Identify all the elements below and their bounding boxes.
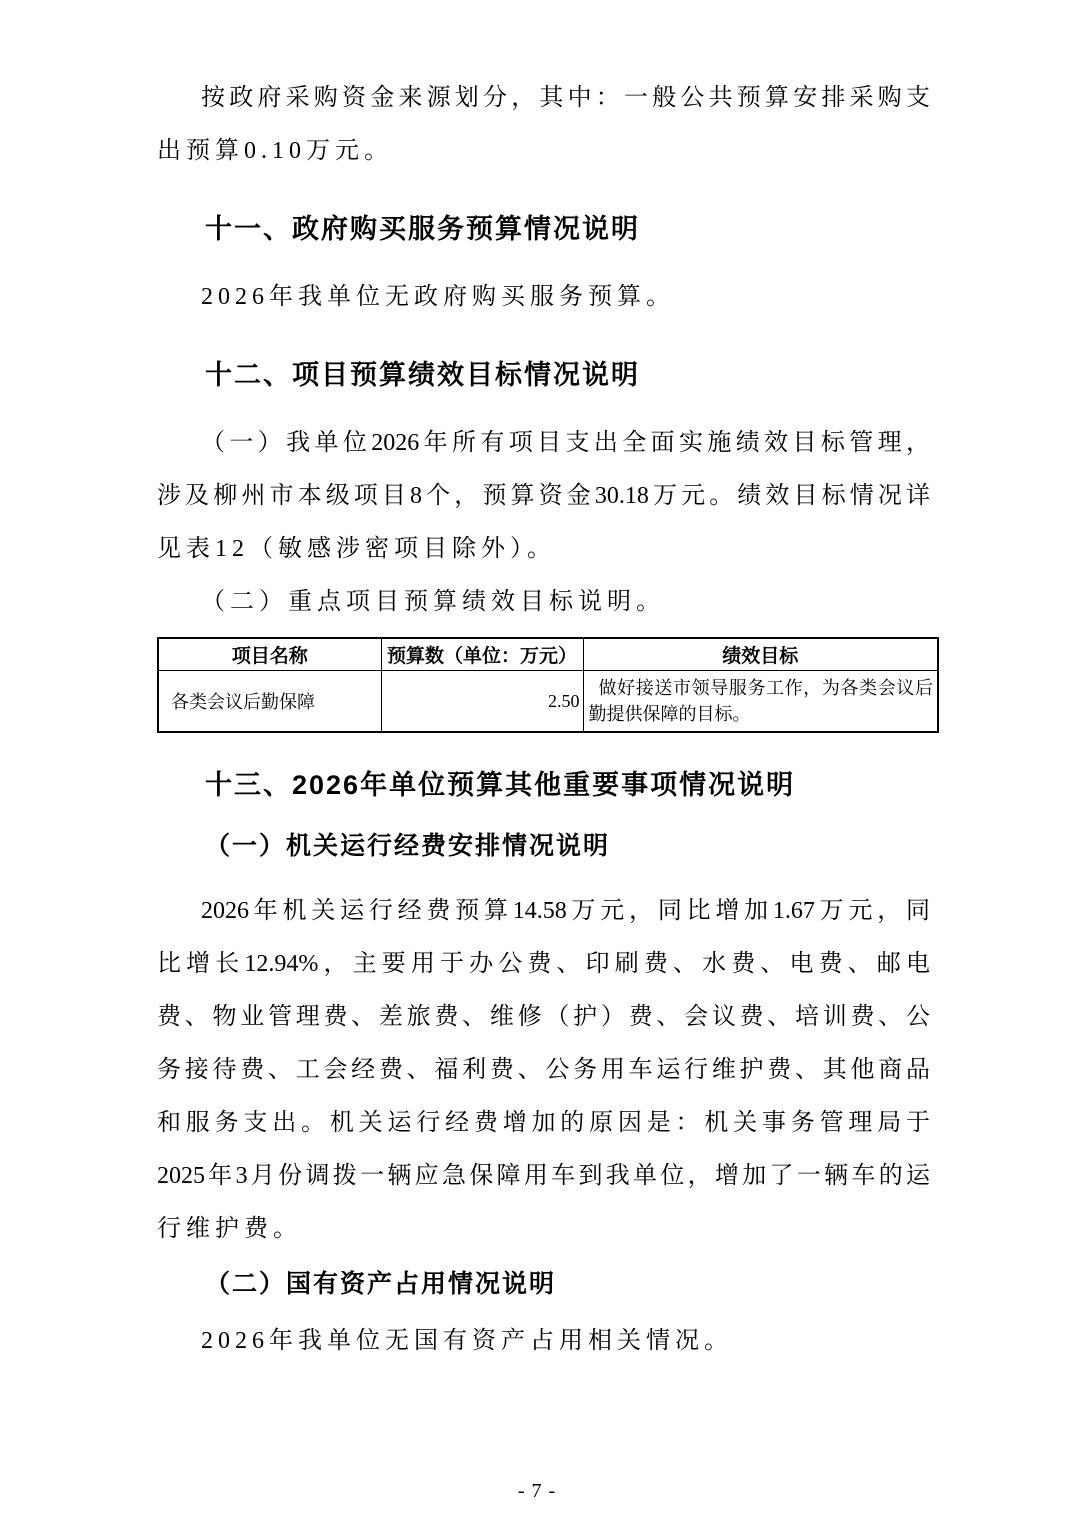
- paragraph-state-assets: 2026年我单位无国有资产占用相关情况。: [157, 1315, 930, 1368]
- paragraph-performance-line-1: （一）我单位2026年所有项目支出全面实施绩效目标管理，: [157, 417, 930, 470]
- paragraph-operating-funds-line-3: 费、物业管理费、差旅费、维修（护）费、会议费、培训费、公: [157, 991, 930, 1044]
- cell-performance-target: 做好接送市领导服务工作，为各类会议后勤提供保障的目标。: [583, 671, 938, 733]
- paragraph-gov-purchase: 2026年我单位无政府购买服务预算。: [157, 271, 930, 324]
- cell-budget-amount: 2.50: [381, 671, 583, 733]
- table-row: 各类会议后勤保障 2.50 做好接送市领导服务工作，为各类会议后勤提供保障的目标…: [158, 671, 938, 733]
- subsection-heading-state-assets: （二）国有资产占用情况说明: [157, 1265, 930, 1305]
- document-page: 按政府采购资金来源划分，其中：一般公共预算安排采购支 出预算0.10万元。 十一…: [0, 0, 1074, 1520]
- paragraph-procurement-line-1: 按政府采购资金来源划分，其中：一般公共预算安排采购支: [157, 72, 930, 125]
- section-heading-13: 十三、2026年单位预算其他重要事项情况说明: [157, 765, 930, 805]
- paragraph-operating-funds-line-2: 比增长12.94%，主要用于办公费、印刷费、水费、电费、邮电: [157, 938, 930, 991]
- paragraph-performance-line-2: 涉及柳州市本级项目8个，预算资金30.18万元。绩效目标情况详: [157, 470, 930, 523]
- paragraph-operating-funds-line-5: 和服务支出。机关运行经费增加的原因是：机关事务管理局于: [157, 1097, 930, 1150]
- paragraph-operating-funds-line-1: 2026年机关运行经费预算14.58万元，同比增加1.67万元，同: [157, 885, 930, 938]
- section-heading-11: 十一、政府购买服务预算情况说明: [157, 209, 930, 249]
- paragraph-performance-line-3: 见表12（敏感涉密项目除外）。: [157, 523, 930, 576]
- column-header-budget: 预算数（单位：万元）: [381, 638, 583, 671]
- paragraph-key-project-note: （二）重点项目预算绩效目标说明。: [157, 576, 930, 629]
- performance-target-table: 项目名称 预算数（单位：万元） 绩效目标 各类会议后勤保障 2.50 做好接送市…: [157, 637, 939, 733]
- page-number: - 7 -: [0, 1480, 1074, 1503]
- cell-project-name: 各类会议后勤保障: [158, 671, 381, 733]
- paragraph-procurement-line-2: 出预算0.10万元。: [157, 125, 930, 178]
- subsection-heading-operating-funds: （一）机关运行经费安排情况说明: [157, 827, 930, 867]
- section-heading-12: 十二、项目预算绩效目标情况说明: [157, 355, 930, 395]
- column-header-performance-target: 绩效目标: [583, 638, 938, 671]
- paragraph-operating-funds-line-6: 2025年3月份调拨一辆应急保障用车到我单位，增加了一辆车的运: [157, 1150, 930, 1203]
- paragraph-operating-funds-line-4: 务接待费、工会经费、福利费、公务用车运行维护费、其他商品: [157, 1044, 930, 1097]
- paragraph-operating-funds-line-7: 行维护费。: [157, 1203, 930, 1256]
- document-body: 按政府采购资金来源划分，其中：一般公共预算安排采购支 出预算0.10万元。 十一…: [157, 72, 930, 1368]
- table-header-row: 项目名称 预算数（单位：万元） 绩效目标: [158, 638, 938, 671]
- column-header-project-name: 项目名称: [158, 638, 381, 671]
